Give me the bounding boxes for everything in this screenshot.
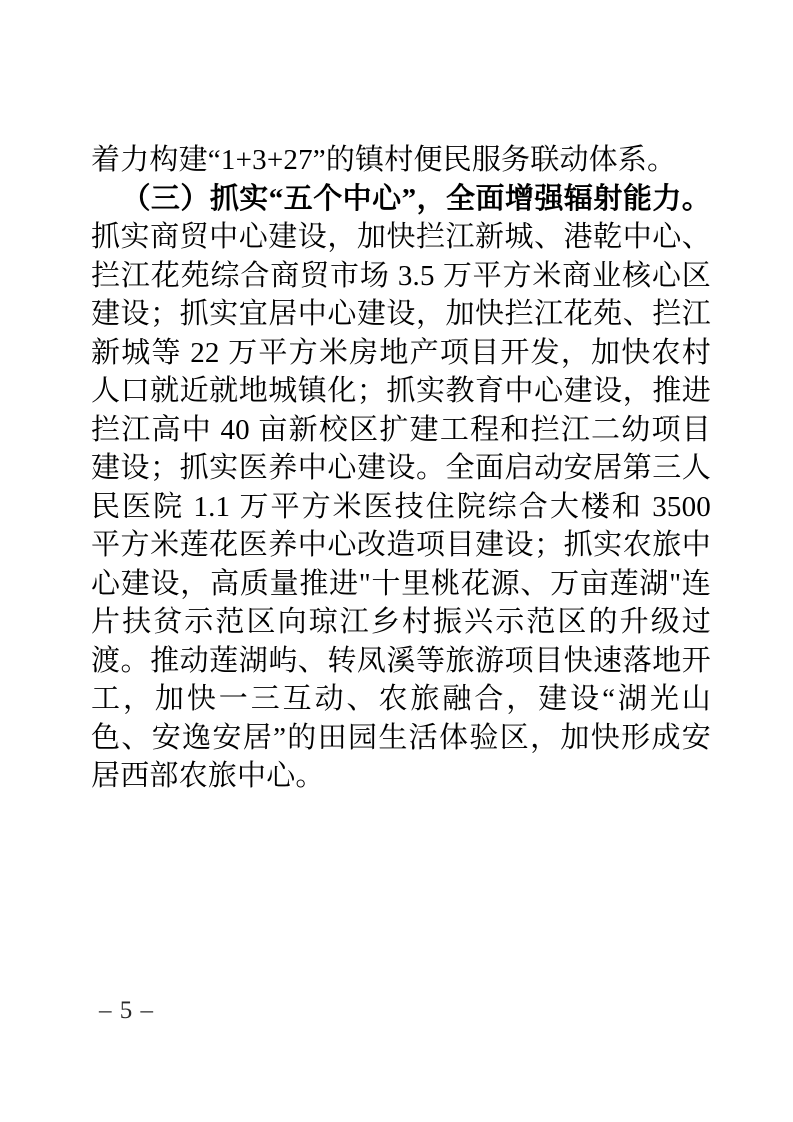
page-number: – 5 –	[99, 997, 154, 1025]
document-body: 着力构建“1+3+27”的镇村便民服务联动体系。 （三）抓实“五个中心”，全面增…	[91, 141, 711, 796]
document-page: 着力构建“1+3+27”的镇村便民服务联动体系。 （三）抓实“五个中心”，全面增…	[0, 0, 793, 1122]
section-lead-bold: （三）抓实“五个中心”，全面增强辐射能力。	[121, 183, 711, 215]
section-body-text: 抓实商贸中心建设，加快拦江新城、港乾中心、拦江花苑综合商贸市场 3.5 万平方米…	[91, 221, 711, 792]
paragraph-section-three: （三）抓实“五个中心”，全面增强辐射能力。抓实商贸中心建设，加快拦江新城、港乾中…	[91, 180, 711, 796]
paragraph-continuation: 着力构建“1+3+27”的镇村便民服务联动体系。	[91, 141, 711, 180]
